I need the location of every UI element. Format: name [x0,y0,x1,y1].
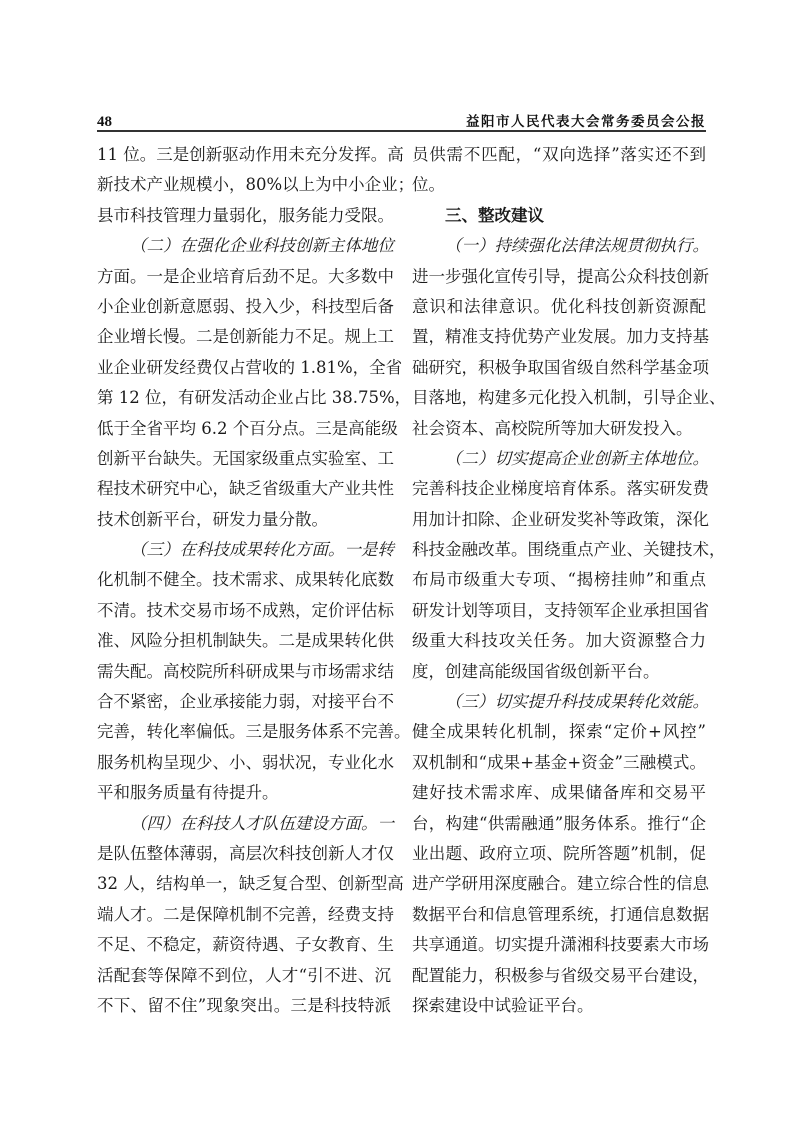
text-line: 化机制不健全。技术需求、成果转化底数 [97,565,391,595]
text-line: 础研究，积极争取国省级自然科学基金项 [412,353,706,383]
text-line: 平和服务质量有待提升。 [97,778,391,808]
text-line: 进一步强化宣传引导，提高公众科技创新 [412,262,706,292]
text-line: 技术创新平台，研发力量分散。 [97,505,391,535]
text-line: 完善科技企业梯度培育体系。落实研发费 [412,474,706,504]
text-line: 双机制和“成果+基金+资金”三融模式。 [412,748,706,778]
text-line: 探索建设中试验证平台。 [412,991,706,1021]
text-line: 建好技术需求库、成果储备库和交易平 [412,778,706,808]
text-line: 业企业研发经费仅占营收的 1.81%，全省 [97,353,391,383]
text-line: 级重大科技攻关任务。加大资源整合力 [412,626,706,656]
text-line: 度，创建高能级国省级创新平台。 [412,657,706,687]
text-line: 员供需不匹配，“双向选择”落实还不到 [412,140,706,170]
text-line: 用加计扣除、企业研发奖补等政策，深化 [412,505,706,535]
text-line: 研发计划等项目，支持领军企业承担国省 [412,596,706,626]
header-rule [97,130,706,132]
text-line: 创新平台缺失。无国家级重点实验室、工 [97,444,391,474]
text-line: 11 位。三是创新驱动作用未充分发挥。高 [97,140,391,170]
text-line: 完善，转化率偏低。三是服务体系不完善。 [97,717,391,747]
text-line: 数据平台和信息管理系统，打通信息数据 [412,900,706,930]
text-line: 科技金融改革。围绕重点产业、关键技术， [412,535,706,565]
text-line: 社会资本、高校院所等加大研发投入。 [412,414,706,444]
text-line: 方面。一是企业培育后劲不足。大多数中 [97,262,391,292]
text-line: 小企业创新意愿弱、投入少，科技型后备 [97,292,391,322]
left-column: 11 位。三是创新驱动作用未充分发挥。高 新技术产业规模小，80%以上为中小企业… [97,140,391,1021]
text-line: 目落地，构建多元化投入机制，引导企业、 [412,383,706,413]
text-line: 端人才。二是保障机制不完善，经费支持 [97,900,391,930]
subheading-line: （二）切实提高企业创新主体地位。 [412,444,706,474]
text-line: 第 12 位，有研发活动企业占比 38.75%， [97,383,391,413]
text-line: 新技术产业规模小，80%以上为中小企业； [97,170,391,200]
text-line: 台，构建“供需融通”服务体系。推行“企 [412,809,706,839]
text-line: 需失配。高校院所科研成果与市场需求结 [97,657,391,687]
subheading-line: （一）持续强化法律法规贯彻执行。 [412,231,706,261]
page-header: 48 益阳市人民代表大会常务委员会公报 [97,113,706,131]
text-line: 进产学研用深度融合。建立综合性的信息 [412,869,706,899]
text-line: 健全成果转化机制，探索“定价+风控” [412,717,706,747]
text-line: 合不紧密，企业承接能力弱，对接平台不 [97,687,391,717]
text-line: 准、风险分担机制缺失。二是成果转化供 [97,626,391,656]
text-line: 业出题、政府立项、院所答题”机制，促 [412,839,706,869]
text-line: 共享通道。切实提升潇湘科技要素大市场 [412,930,706,960]
text-line: 低于全省平均 6.2 个百分点。三是高能级 [97,414,391,444]
text-line: 不足、不稳定，薪资待遇、子女教育、生 [97,930,391,960]
text-line: 县市科技管理力量弱化，服务能力受限。 [97,201,391,231]
text-line: 服务机构呈现少、小、弱状况，专业化水 [97,748,391,778]
subheading-line: （三）切实提升科技成果转化效能。 [412,687,706,717]
subheading-line: （四）在科技人才队伍建设方面。一 [97,809,391,839]
text-line: 布局市级重大专项、“揭榜挂帅”和重点 [412,565,706,595]
text-line: 程技术研究中心，缺乏省级重大产业共性 [97,474,391,504]
text-line: 意识和法律意识。优化科技创新资源配 [412,292,706,322]
subheading-line: （二）在强化企业科技创新主体地位 [97,231,391,261]
page-number: 48 [97,113,112,131]
text-line: 32 人，结构单一，缺乏复合型、创新型高 [97,869,391,899]
journal-title: 益阳市人民代表大会常务委员会公报 [466,113,706,131]
subheading-line: （三）在科技成果转化方面。一是转 [97,535,391,565]
right-column: 员供需不匹配，“双向选择”落实还不到 位。 三、整改建议 （一）持续强化法律法规… [412,140,706,1021]
text-line: 企业增长慢。二是创新能力不足。规上工 [97,322,391,352]
text-line: 置，精准支持优势产业发展。加力支持基 [412,322,706,352]
text-line: 不清。技术交易市场不成熟，定价评估标 [97,596,391,626]
text-line: 是队伍整体薄弱，高层次科技创新人才仅 [97,839,391,869]
text-line: 位。 [412,170,706,200]
text-line: 活配套等保障不到位，人才“引不进、沉 [97,961,391,991]
text-line: 不下、留不住”现象突出。三是科技特派 [97,991,391,1021]
text-line: 配置能力，积极参与省级交易平台建设， [412,961,706,991]
section-heading: 三、整改建议 [412,201,706,231]
